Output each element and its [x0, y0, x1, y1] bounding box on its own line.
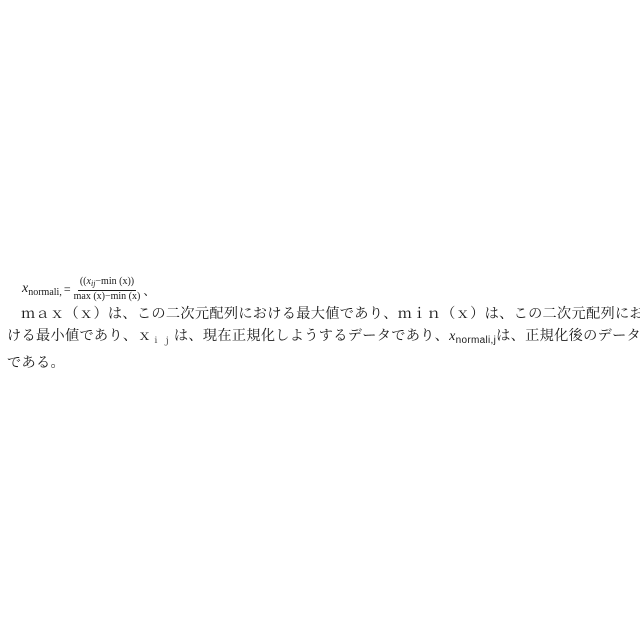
formula-lhs-subscript: normali,: [28, 287, 62, 298]
formula-lhs-variable: xnormali,: [22, 281, 62, 298]
formula-fraction: ((xij−min (x)) max (x)−min (x): [72, 276, 143, 303]
formula-trailing-punctuation: 、: [143, 282, 155, 299]
formula-numerator: ((xij−min (x)): [78, 276, 136, 291]
explanation-paragraph: ｍａｘ（ｘ）は、この二次元配列における最大値であり、ｍｉｎ（ｘ）は、この二次元配…: [7, 303, 635, 374]
paragraph-line-2: ける最小値であり、ｘｉｊは、現在正規化しようするデータであり、xnormali,…: [7, 325, 635, 352]
xij-subscript: ｉｊ: [152, 336, 174, 345]
normalized-variable: xnormali,j: [449, 329, 496, 344]
formula-denominator: max (x)−min (x): [72, 291, 143, 303]
formula-equals: =: [64, 282, 71, 297]
paragraph-line-1: ｍａｘ（ｘ）は、この二次元配列における最大値であり、ｍｉｎ（ｘ）は、この二次元配…: [7, 303, 635, 325]
paragraph-line-3: である。: [7, 352, 635, 374]
normalization-formula: xnormali, = ((xij−min (x)) max (x)−min (…: [22, 276, 155, 303]
